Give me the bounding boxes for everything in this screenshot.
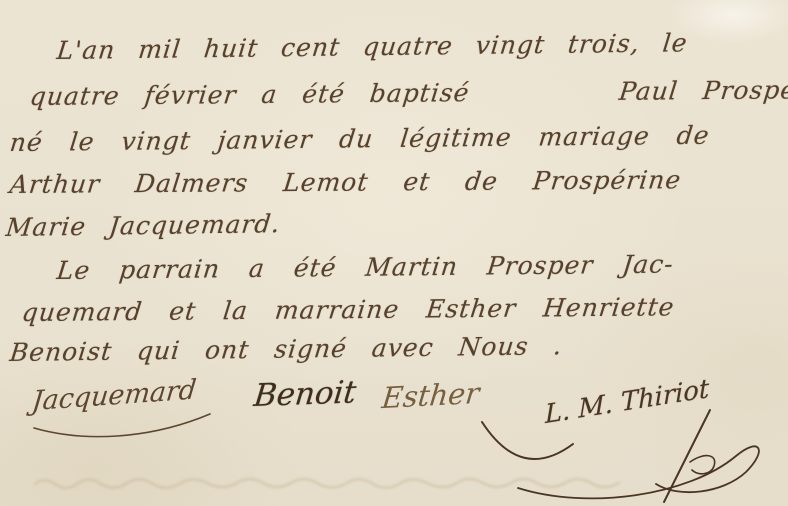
manuscript-line-5: Marie Jacquemard. bbox=[4, 209, 282, 242]
manuscript-line-4: Arthur Dalmers Lemot et de Prospérine bbox=[8, 165, 683, 199]
ink-bleed-through bbox=[30, 470, 730, 500]
manuscript-line-1: L'an mil huit cent quatre vingt trois, l… bbox=[55, 28, 689, 65]
signature-benoit: Benoit bbox=[252, 374, 358, 414]
manuscript-line-8: Benoist qui ont signé avec Nous . bbox=[8, 331, 564, 367]
signature-esther: Esther bbox=[380, 376, 481, 415]
manuscript-line-7: quemard et la marraine Esther Henriette bbox=[20, 292, 676, 327]
manuscript-line-3: né le vingt janvier du légitime mariage … bbox=[8, 121, 711, 157]
manuscript-page: L'an mil huit cent quatre vingt trois, l… bbox=[0, 0, 788, 506]
manuscript-line-6: Le parrain a été Martin Prosper Jac- bbox=[55, 250, 675, 285]
jacquemard-underline-flourish bbox=[28, 408, 218, 442]
manuscript-line-2: quatre février a été baptisé Paul Prospe… bbox=[28, 75, 788, 111]
